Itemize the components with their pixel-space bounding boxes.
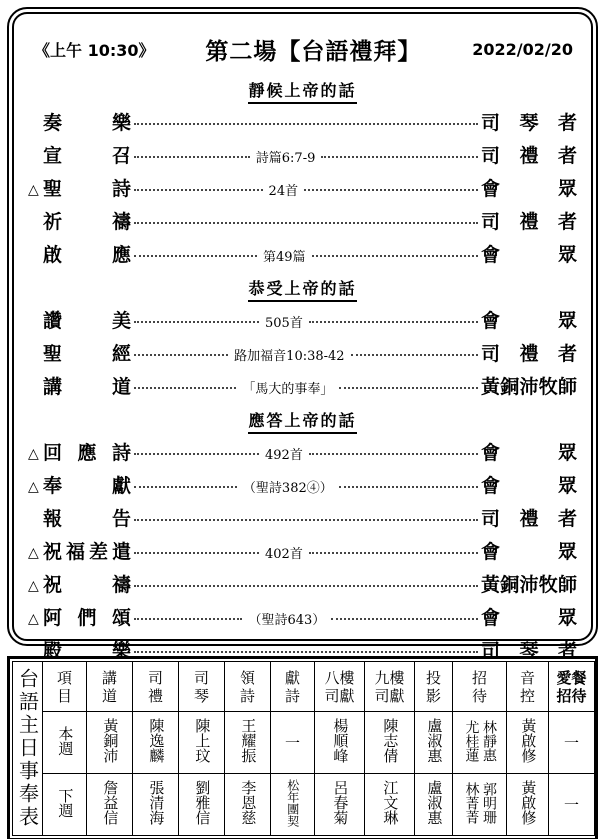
roster-row-label: 下週 [43,774,87,836]
program-row: 報告司禮者 [26,503,579,536]
section-title-text: 靜候上帝的話 [248,80,356,104]
stand-marker: △ [28,611,43,627]
program-row: 講道「馬大的事奉」黃銅沛牧師 [26,371,579,404]
roster-name: 郭明珊 [480,782,498,824]
stand-marker: △ [28,479,43,495]
program-item: 聖經 [43,345,131,364]
program-servant: 司禮者 [481,147,577,166]
roster-name: 黃啟修 [520,718,536,763]
roster-cell: 呂春菊 [315,774,365,836]
roster-cell: 詹益信 [87,774,133,836]
program-servant: 會眾 [481,246,577,265]
program-servant: 司禮者 [481,213,577,232]
roster-name: 林靜惠 [480,720,498,762]
empty-dash: 一 [285,734,300,752]
program-row: 啟應第49篇會眾 [26,239,579,272]
leader-dots [134,189,263,191]
program-row: △阿們頌（聖詩643）會眾 [26,602,579,635]
roster-cell: 郭明珊林菁菁 [453,774,507,836]
roster-cell: 陳上玟 [179,712,225,774]
program-note: 505首 [262,312,306,331]
leader-dots [309,552,478,554]
roster-cell: 江文琳 [365,774,415,836]
program-item: 回應詩 [43,444,131,463]
leader-dots [309,321,478,323]
roster-name: 王耀振 [240,718,256,763]
roster-cell: 黃啟修 [507,774,549,836]
program-row: △祝福差遣402首會眾 [26,536,579,569]
program-item: 祈禱 [43,213,131,232]
roster-column-header: 音 控 [507,662,549,712]
roster-name: 陳逸麟 [148,718,164,763]
program-servant: 會眾 [481,180,577,199]
program-note: 詩篇6:7-9 [253,147,319,166]
empty-dash: 一 [564,796,579,814]
program-servant: 司禮者 [481,345,577,364]
program-item: 報告 [43,510,131,529]
roster-row-label: 本週 [43,712,87,774]
program-note: 492首 [262,444,306,463]
roster-column-header: 愛餐 招待 [549,662,595,712]
leader-dots [134,156,250,158]
roster-table: 台語主日事奉表項 目講 道司 禮司 琴領 詩獻 詩八樓 司獻九樓 司獻投 影招 … [12,661,595,836]
program-servant: 會眾 [481,543,577,562]
roster-column-header: 八樓 司獻 [315,662,365,712]
roster-row: 下週詹益信張清海劉雅信李恩慈松年團契呂春菊江文琳盧淑惠郭明珊林菁菁黃啟修一 [13,774,595,836]
roster-cell: 張清海 [133,774,179,836]
roster-name: 黃銅沛 [102,718,118,763]
program-item: 宣召 [43,147,131,166]
roster-box: 台語主日事奉表項 目講 道司 禮司 琴領 詩獻 詩八樓 司獻九樓 司獻投 影招 … [7,656,598,839]
program-servant: 司禮者 [481,510,577,529]
roster-cell: 楊順峰 [315,712,365,774]
roster-cell: 盧淑惠 [415,712,453,774]
program-servant: 會眾 [481,444,577,463]
roster-column-header: 項 目 [43,662,87,712]
program-box-inner: 《上午 10:30》 第二場【台語禮拜】 2022/02/20 靜候上帝的話奏樂… [12,12,593,641]
leader-dots [134,519,478,521]
roster-cell: 黃銅沛 [87,712,133,774]
program-item: 讚美 [43,312,131,331]
roster-name: 江文琳 [382,780,398,825]
bulletin-page: { "header": { "time": "《上午 10:30》", "tit… [0,0,605,839]
program-note: （聖詩643） [245,609,328,628]
program-row: 宣召詩篇6:7-9司禮者 [26,140,579,173]
roster-column-header: 司 琴 [179,662,225,712]
program-row: 奏樂司琴者 [26,107,579,140]
empty-dash: 一 [564,734,579,752]
section-title: 靜候上帝的話 [26,74,579,107]
roster-column-header: 獻 詩 [271,662,315,712]
program-row: △祝禱黃銅沛牧師 [26,569,579,602]
section-title-text: 應答上帝的話 [248,410,356,434]
leader-dots [351,354,478,356]
leader-dots [134,321,259,323]
leader-dots [134,123,478,125]
program-row: 聖經路加福音10:38-42司禮者 [26,338,579,371]
roster-cell: 一 [549,774,595,836]
roster-name: 詹益信 [102,780,118,825]
program-servant: 司琴者 [481,114,577,133]
roster-name: 黃啟修 [520,780,536,825]
page-title: 第二場【台語禮拜】 [205,33,421,66]
leader-dots [134,585,478,587]
stand-marker: △ [28,446,43,462]
program-row: △聖詩24首會眾 [26,173,579,206]
bulletin-header: 《上午 10:30》 第二場【台語禮拜】 2022/02/20 [26,24,579,74]
leader-dots [134,486,237,488]
roster-column-header: 投 影 [415,662,453,712]
roster-cell: 李恩慈 [225,774,271,836]
roster-row-label-text: 下週 [57,788,73,818]
leader-dots [134,453,259,455]
program-note: 路加福音10:38-42 [231,345,347,364]
roster-name: 張清海 [148,780,164,825]
roster-side-title-text: 台語主日事奉表 [18,668,38,829]
service-time: 《上午 10:30》 [34,38,155,61]
program-item: 祝福差遣 [43,543,131,562]
leader-dots [321,156,478,158]
stand-marker: △ [28,545,43,561]
roster-side-title: 台語主日事奉表 [13,662,43,836]
leader-dots [339,486,478,488]
roster-name: 尤桂蓮 [462,720,480,762]
program-note: 第49篇 [260,246,309,265]
roster-name: 李恩慈 [240,780,256,825]
program-box: 《上午 10:30》 第二場【台語禮拜】 2022/02/20 靜候上帝的話奏樂… [7,7,598,646]
program-row: △回應詩492首會眾 [26,437,579,470]
program-row: 祈禱司禮者 [26,206,579,239]
program-servant: 黃銅沛牧師 [481,576,577,595]
leader-dots [134,387,236,389]
leader-dots [134,222,478,224]
roster-cell: 劉雅信 [179,774,225,836]
leader-dots [134,255,257,257]
program-servant: 黃銅沛牧師 [481,378,577,397]
leader-dots [312,255,478,257]
program-row: 讚美505首會眾 [26,305,579,338]
roster-cell: 林靜惠尤桂蓮 [453,712,507,774]
leader-dots [304,189,478,191]
service-date: 2022/02/20 [472,40,573,59]
program-item: 聖詩 [43,180,131,199]
roster-cell: 黃啟修 [507,712,549,774]
roster-name: 盧淑惠 [426,718,442,763]
roster-names: 林靜惠尤桂蓮 [462,720,497,762]
leader-dots [134,651,478,653]
program-note: 402首 [262,543,306,562]
roster-name: 劉雅信 [194,780,210,825]
leader-dots [134,552,259,554]
program-servant: 會眾 [481,477,577,496]
roster-column-header: 講 道 [87,662,133,712]
leader-dots [331,618,478,620]
roster-name: 松年團契 [286,779,299,827]
leader-dots [339,387,478,389]
section-title: 恭受上帝的話 [26,272,579,305]
roster-row: 本週黃銅沛陳逸麟陳上玟王耀振一楊順峰陳志倩盧淑惠林靜惠尤桂蓮黃啟修一 [13,712,595,774]
program-item: 啟應 [43,246,131,265]
roster-column-header: 招 待 [453,662,507,712]
leader-dots [134,354,228,356]
section-title: 應答上帝的話 [26,404,579,437]
roster-row-label-text: 本週 [57,726,73,756]
program-item: 奏樂 [43,114,131,133]
program-servant: 會眾 [481,312,577,331]
roster-cell: 松年團契 [271,774,315,836]
roster-name: 陳志倩 [382,718,398,763]
program-row: △奉獻（聖詩382④）會眾 [26,470,579,503]
program-item: 阿們頌 [43,609,131,628]
roster-cell: 一 [549,712,595,774]
stand-marker: △ [28,578,43,594]
roster-cell: 一 [271,712,315,774]
roster-column-header: 九樓 司獻 [365,662,415,712]
roster-cell: 盧淑惠 [415,774,453,836]
roster-names: 郭明珊林菁菁 [462,782,497,824]
roster-cell: 王耀振 [225,712,271,774]
leader-dots [134,618,242,620]
program-servant: 會眾 [481,609,577,628]
roster-name: 陳上玟 [194,718,210,763]
program: 靜候上帝的話奏樂司琴者宣召詩篇6:7-9司禮者△聖詩24首會眾祈禱司禮者啟應第4… [26,74,579,668]
roster-column-header: 司 禮 [133,662,179,712]
program-note: 24首 [266,180,302,199]
roster-cell: 陳逸麟 [133,712,179,774]
program-item: 講道 [43,378,131,397]
program-item: 奉獻 [43,477,131,496]
program-note: （聖詩382④） [240,477,336,496]
roster-name: 呂春菊 [332,780,348,825]
leader-dots [309,453,478,455]
stand-marker: △ [28,182,43,198]
roster-name: 楊順峰 [332,718,348,763]
program-item: 祝禱 [43,576,131,595]
roster-cell: 陳志倩 [365,712,415,774]
roster-name: 林菁菁 [462,782,480,824]
program-note: 「馬大的事奉」 [239,378,336,397]
roster-name: 盧淑惠 [426,780,442,825]
roster-column-header: 領 詩 [225,662,271,712]
section-title-text: 恭受上帝的話 [248,278,356,302]
roster-header-row: 台語主日事奉表項 目講 道司 禮司 琴領 詩獻 詩八樓 司獻九樓 司獻投 影招 … [13,662,595,712]
